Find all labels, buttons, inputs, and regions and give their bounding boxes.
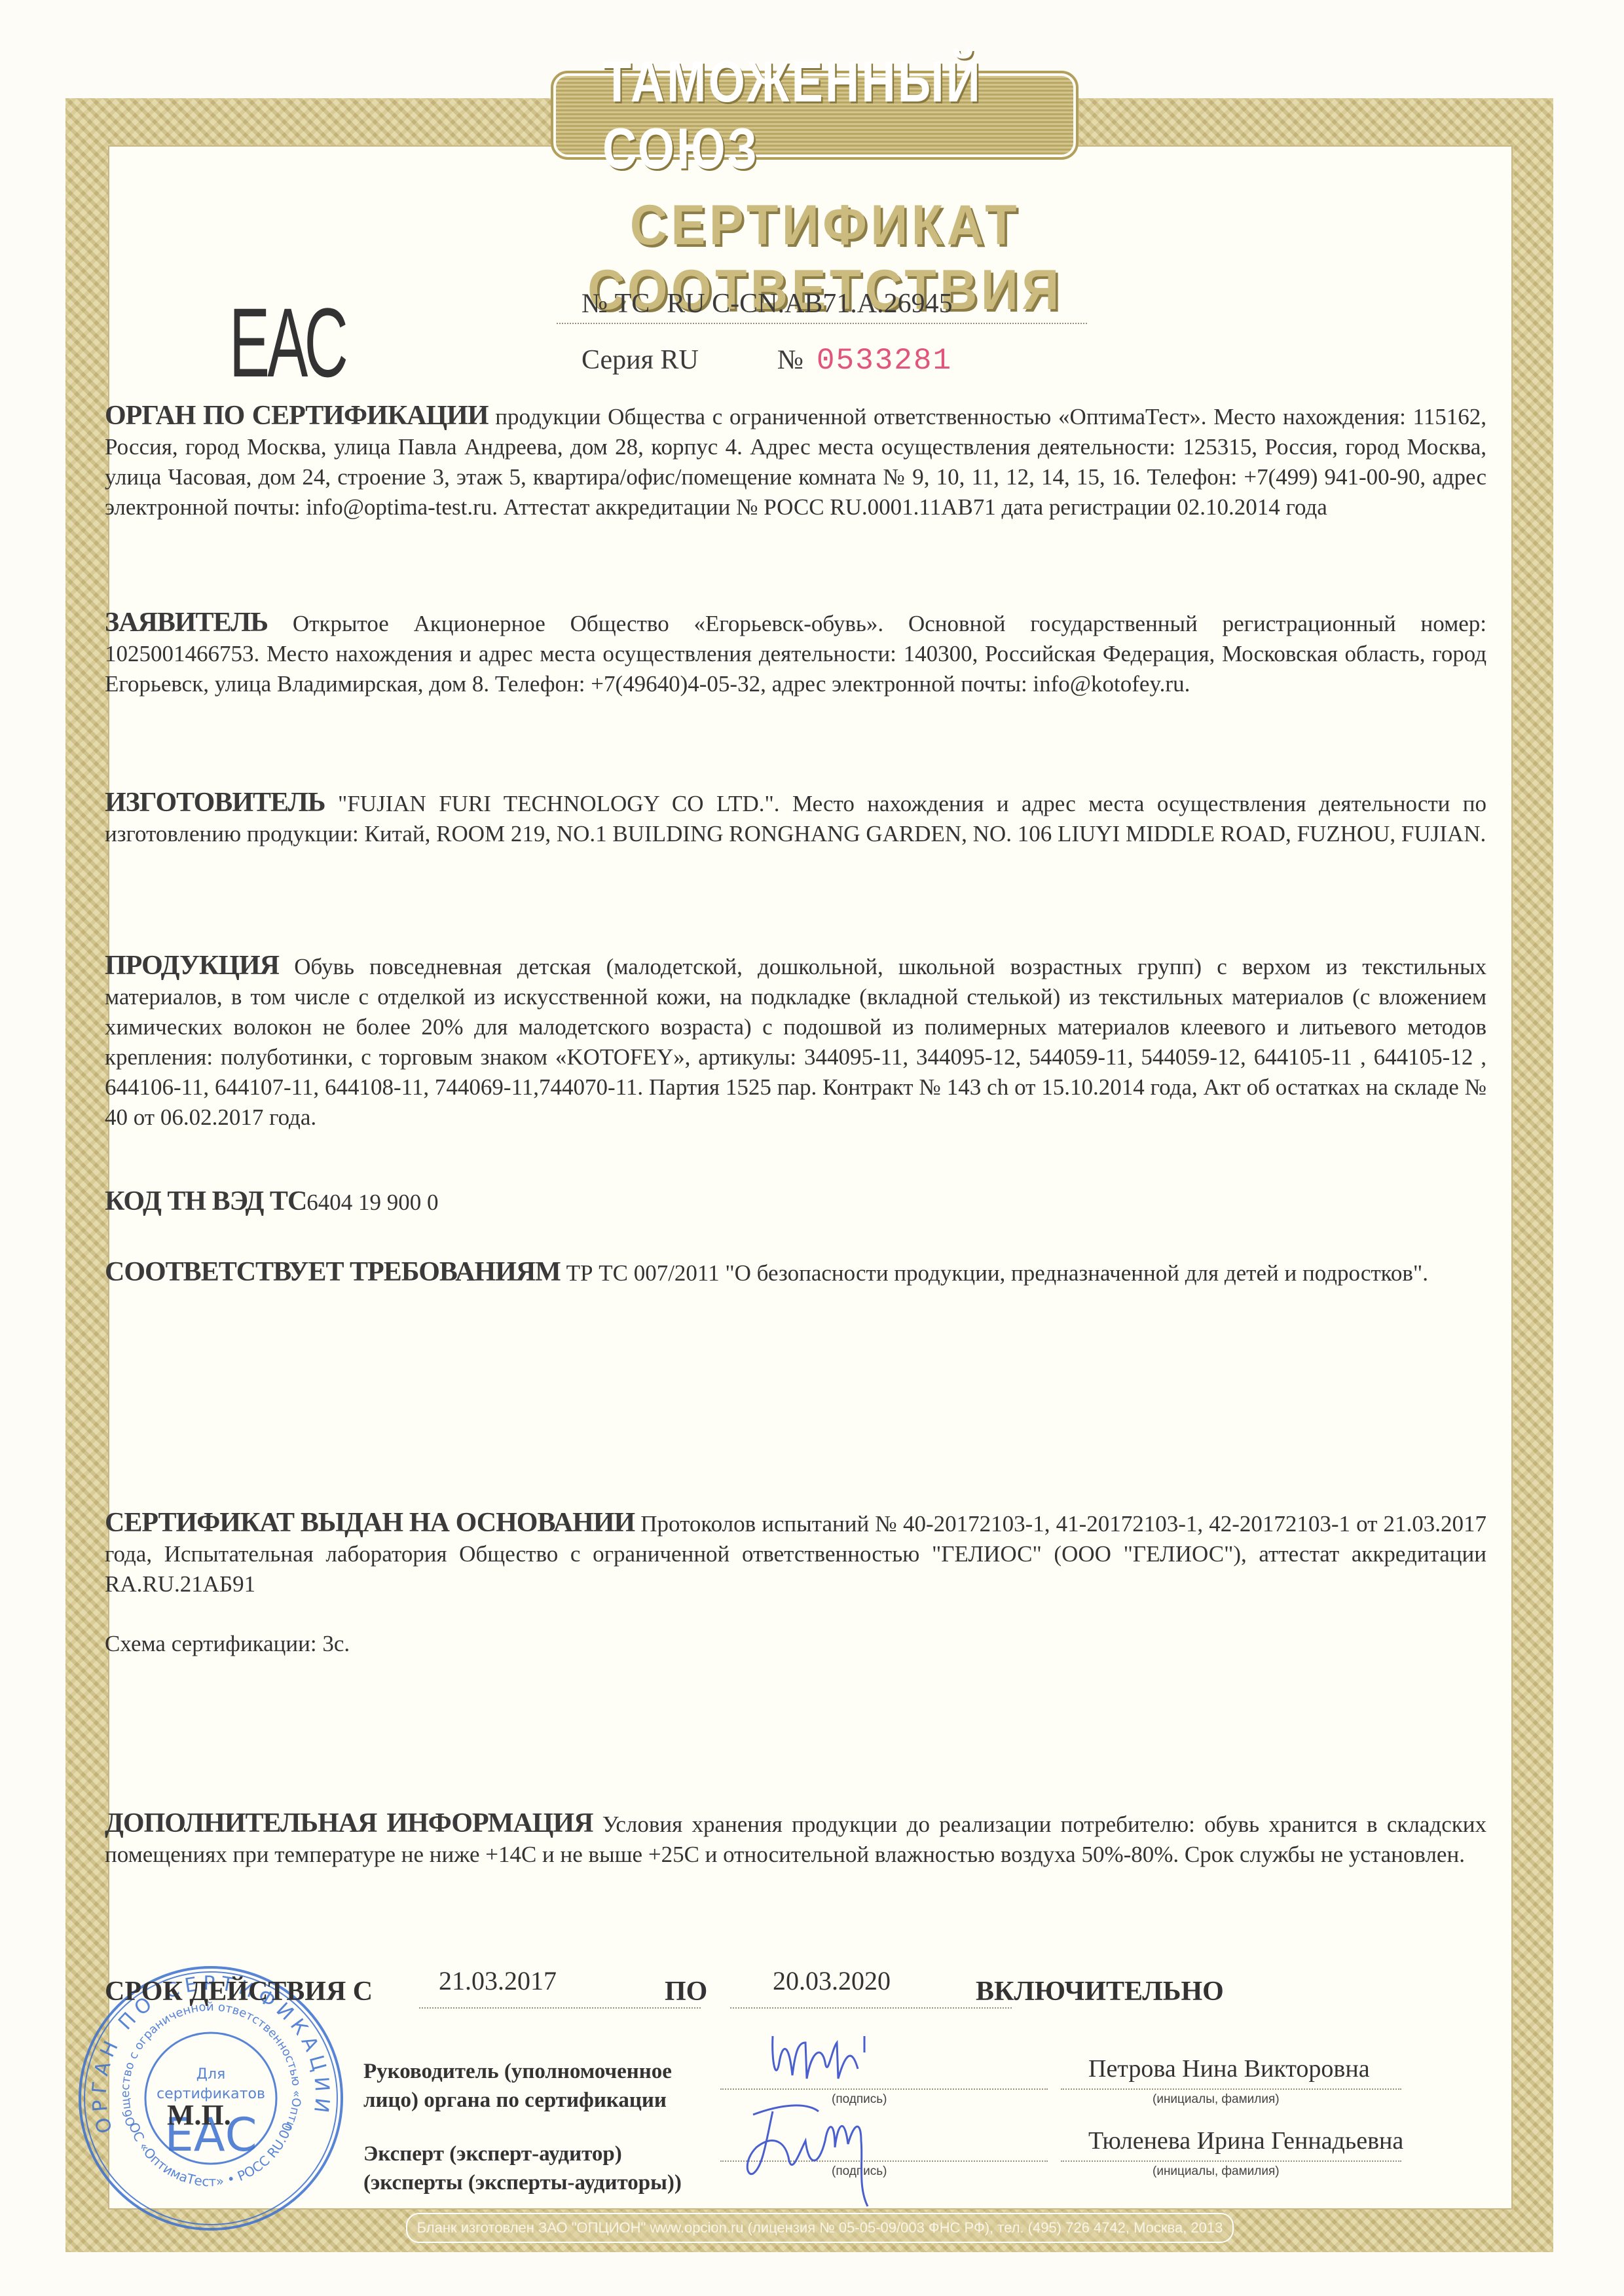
head-signature-icon <box>760 2023 877 2095</box>
section-basis: СЕРТИФИКАТ ВЫДАН НА ОСНОВАНИИ Протоколов… <box>105 1508 1486 1599</box>
expert-label: Эксперт (эксперт-аудитор) (эксперты (экс… <box>363 2140 682 2197</box>
from-date-underline <box>419 2007 701 2009</box>
series-number: Серия RU№0533281 <box>581 344 952 378</box>
section-applicant: ЗАЯВИТЕЛЬ Открытое Акционерное Общество … <box>105 608 1486 699</box>
section-heading: КОД ТН ВЭД ТС <box>105 1186 306 1216</box>
section-text: ТР ТС 007/2011 "О безопасности продукции… <box>566 1260 1428 1286</box>
seal-label: М.П. <box>167 2098 231 2132</box>
section-heading: ДОПОЛНИТЕЛЬНАЯ ИНФОРМАЦИЯ <box>105 1808 593 1838</box>
expert-name: Тюленева Ирина Геннадьевна <box>1088 2126 1403 2155</box>
expert-name-line <box>1061 2160 1401 2162</box>
section-scheme: Схема сертификации: 3с. <box>105 1629 1486 1659</box>
section-heading: ОРГАН ПО СЕРТИФИКАЦИИ <box>105 401 489 431</box>
section-text: Обувь повседневная детская (малодетской,… <box>105 954 1486 1130</box>
section-text: Открытое Акционерное Общество «Егорьевск… <box>105 611 1486 697</box>
section-text: Схема сертификации: 3с. <box>105 1631 350 1656</box>
validity-to-label: ПО <box>665 1976 707 2007</box>
section-heading: СООТВЕТСТВУЕТ ТРЕБОВАНИЯМ <box>105 1257 561 1287</box>
validity-to-date: 20.03.2020 <box>773 1965 891 1996</box>
section-heading: ПРОДУКЦИЯ <box>105 951 279 981</box>
series-num-value: 0533281 <box>817 344 952 378</box>
validity-from-date: 21.03.2017 <box>439 1965 557 1996</box>
head-name: Петрова Нина Викторовна <box>1088 2054 1370 2083</box>
form-imprint: Бланк изготовлен ЗАО "ОПЦИОН" www.opcion… <box>406 2213 1234 2243</box>
expert-name-caption: (инициалы, фамилия) <box>1153 2164 1280 2179</box>
section-certification-body: ОРГАН ПО СЕРТИФИКАЦИИ продукции Общества… <box>105 401 1486 522</box>
imprint-text: Бланк изготовлен ЗАО "ОПЦИОН" www.opcion… <box>417 2219 1223 2236</box>
section-compliance: СООТВЕТСТВУЕТ ТРЕБОВАНИЯМ ТР ТС 007/2011… <box>105 1257 1486 1288</box>
series-label: Серия RU <box>581 345 699 375</box>
head-name-caption: (инициалы, фамилия) <box>1153 2092 1280 2107</box>
validity-from-label: СРОК ДЕЙСТВИЯ С <box>105 1976 373 2007</box>
section-heading: ЗАЯВИТЕЛЬ <box>105 608 268 638</box>
certificate-number-label: № ТС <box>581 289 650 319</box>
section-product: ПРОДУКЦИЯ Обувь повседневная детская (ма… <box>105 951 1486 1133</box>
section-manufacturer: ИЗГОТОВИТЕЛЬ "FUJIAN FURI TECHNOLOGY CO … <box>105 788 1486 849</box>
head-label: Руководитель (уполномоченное лицо) орган… <box>363 2057 672 2115</box>
validity-inclusive-label: ВКЛЮЧИТЕЛЬНО <box>976 1976 1224 2007</box>
section-additional-info: ДОПОЛНИТЕЛЬНАЯ ИНФОРМАЦИЯ Условия хранен… <box>105 1808 1486 1870</box>
customs-union-banner: ТАМОЖЕННЫЙ СОЮЗ <box>553 73 1076 157</box>
expert-signature-icon <box>727 2095 897 2213</box>
eac-logo-icon: ЕАС <box>229 293 346 392</box>
stamp-center-1: Для <box>196 2066 225 2083</box>
section-text: 6404 19 900 0 <box>306 1190 438 1215</box>
certificate-number: № ТСRU C-CN.AB71.A.26945 <box>581 288 953 319</box>
banner-text: ТАМОЖЕННЫЙ СОЮЗ <box>602 48 1027 182</box>
section-heading: ИЗГОТОВИТЕЛЬ <box>105 788 325 818</box>
series-num-label: № <box>777 345 803 375</box>
certificate-number-underline <box>557 323 1087 324</box>
to-date-underline <box>730 2007 1012 2009</box>
section-heading: СЕРТИФИКАТ ВЫДАН НА ОСНОВАНИИ <box>105 1508 635 1538</box>
section-tn-ved: КОД ТН ВЭД ТС6404 19 900 0 <box>105 1186 1486 1218</box>
head-name-line <box>1061 2088 1401 2090</box>
validity-period: СРОК ДЕЙСТВИЯ С 21.03.2017 ПО 20.03.2020… <box>105 1971 1480 2010</box>
certificate-number-value: RU C-CN.AB71.A.26945 <box>667 289 952 319</box>
